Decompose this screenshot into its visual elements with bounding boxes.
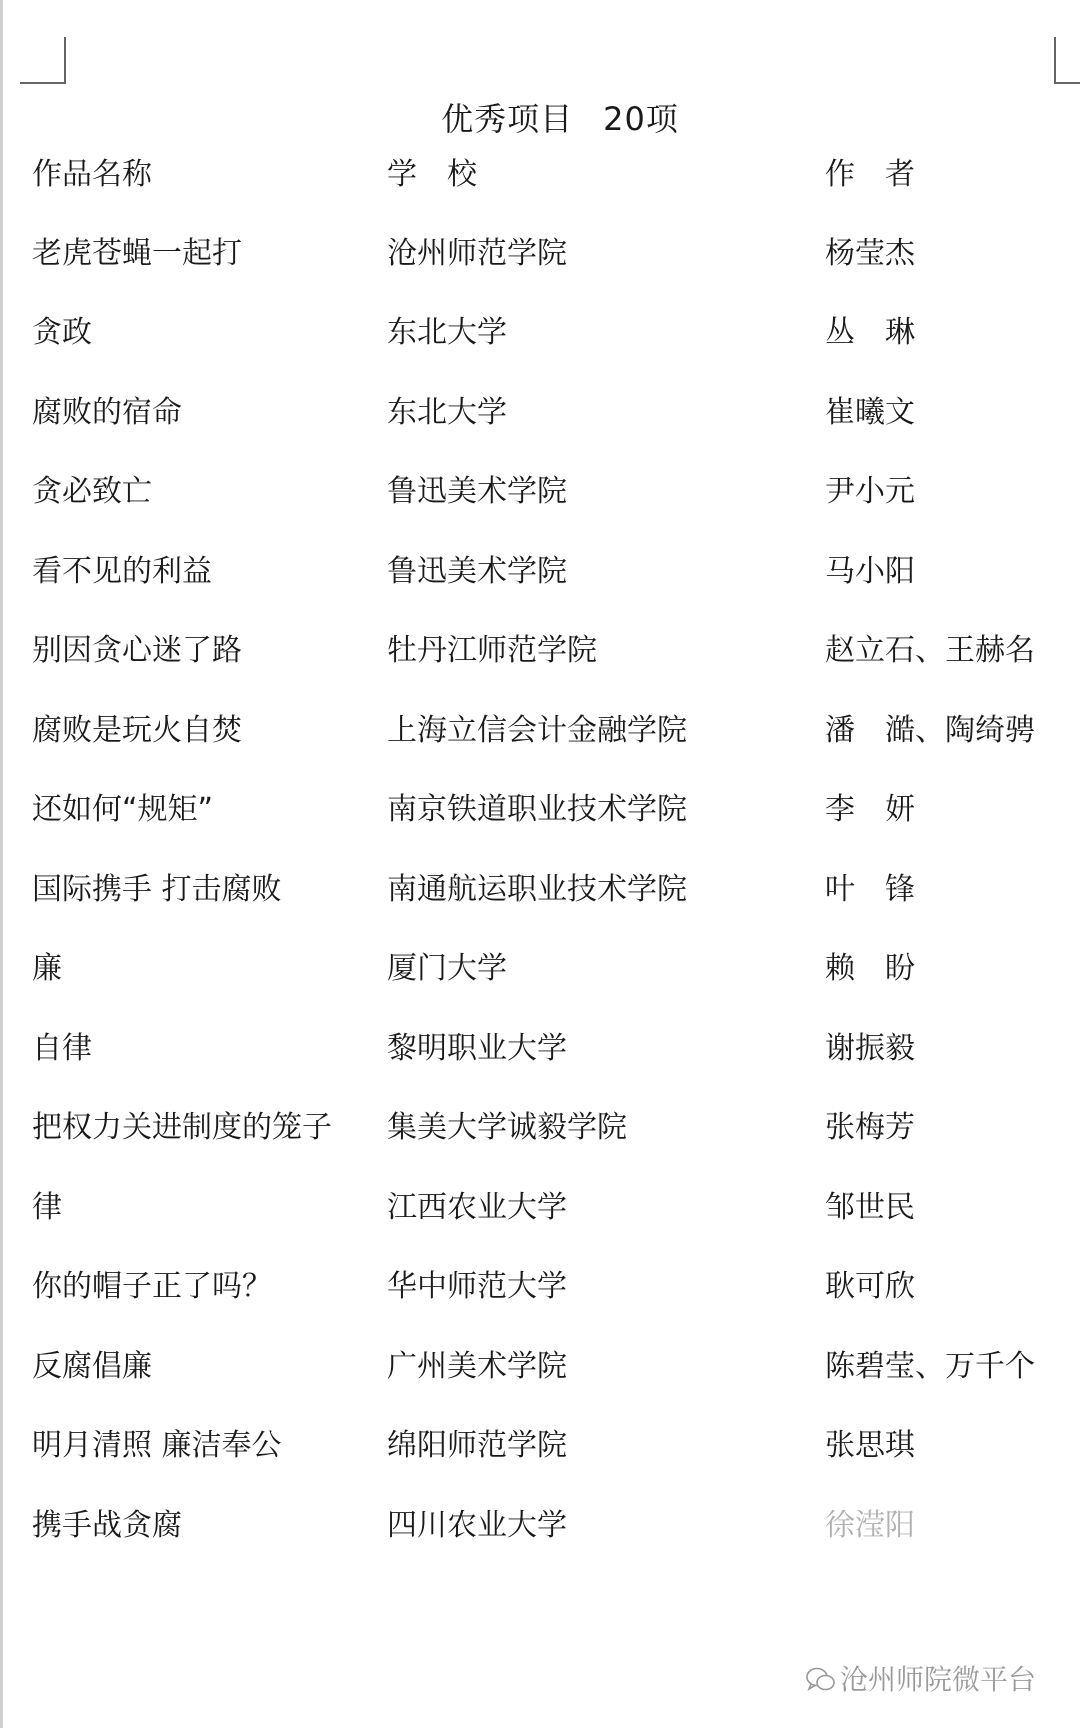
table-row: 腐败是玩火自焚 上海立信会计金融学院 潘 澔、陶绮骋 — [0, 711, 1080, 751]
header-author: 作 者 — [825, 155, 915, 195]
cell-school: 东北大学 — [387, 313, 507, 353]
cell-author: 丛 琳 — [825, 313, 915, 353]
cell-author: 尹小元 — [825, 472, 915, 512]
cell-school: 南京铁道职业技术学院 — [387, 790, 687, 830]
cell-school: 江西农业大学 — [387, 1188, 567, 1228]
cell-author: 耿可欣 — [825, 1267, 915, 1307]
cell-school: 南通航运职业技术学院 — [387, 870, 687, 910]
cell-author: 潘 澔、陶绮骋 — [825, 711, 1035, 751]
table-row: 老虎苍蝇一起打 沧州师范学院 杨莹杰 — [0, 234, 1080, 274]
crop-mark-top-right — [1054, 37, 1080, 84]
cell-work: 你的帽子正了吗？ — [32, 1267, 272, 1307]
cell-school: 鲁迅美术学院 — [387, 552, 567, 592]
cell-work: 自律 — [32, 1029, 92, 1069]
table-row: 别因贪心迷了路 牡丹江师范学院 赵立石、王赫名 — [0, 631, 1080, 671]
cell-work: 律 — [32, 1188, 62, 1228]
table-row: 贪必致亡 鲁迅美术学院 尹小元 — [0, 472, 1080, 512]
cell-author: 张梅芳 — [825, 1108, 915, 1148]
title-count: 20项 — [603, 100, 679, 138]
table-row: 把权力关进制度的笼子 集美大学诚毅学院 张梅芳 — [0, 1108, 1080, 1148]
table-row: 国际携手 打击腐败 南通航运职业技术学院 叶 锋 — [0, 870, 1080, 910]
cell-work: 贪必致亡 — [32, 472, 152, 512]
cell-author: 邹世民 — [825, 1188, 915, 1228]
cell-school: 华中师范大学 — [387, 1267, 567, 1307]
cell-school: 上海立信会计金融学院 — [387, 711, 687, 751]
cell-author: 赖 盼 — [825, 949, 915, 989]
table-row: 你的帽子正了吗？ 华中师范大学 耿可欣 — [0, 1267, 1080, 1307]
table-row: 反腐倡廉 广州美术学院 陈碧莹、万千个 — [0, 1347, 1080, 1387]
page-title: 优秀项目20项 — [0, 94, 1080, 140]
watermark: 沧州师院微平台 — [806, 1660, 1036, 1700]
cell-author: 杨莹杰 — [825, 234, 915, 274]
title-text: 优秀项目 — [441, 100, 573, 138]
cell-work: 老虎苍蝇一起打 — [32, 234, 242, 274]
cell-author: 张思琪 — [825, 1426, 915, 1466]
wechat-icon — [806, 1666, 836, 1694]
table-row: 律 江西农业大学 邹世民 — [0, 1188, 1080, 1228]
cell-author: 马小阳 — [825, 552, 915, 592]
cell-author: 谢振毅 — [825, 1029, 915, 1069]
cell-work: 贪政 — [32, 313, 92, 353]
crop-mark-top-left — [20, 37, 66, 84]
table-row: 明月清照 廉洁奉公 绵阳师范学院 张思琪 — [0, 1426, 1080, 1466]
cell-school: 黎明职业大学 — [387, 1029, 567, 1069]
table-row: 还如何“规矩” 南京铁道职业技术学院 李 妍 — [0, 790, 1080, 830]
table-row: 腐败的宿命 东北大学 崔曦文 — [0, 393, 1080, 433]
cell-work: 明月清照 廉洁奉公 — [32, 1426, 282, 1466]
table-row: 自律 黎明职业大学 谢振毅 — [0, 1029, 1080, 1069]
cell-school: 东北大学 — [387, 393, 507, 433]
cell-work: 国际携手 打击腐败 — [32, 870, 282, 910]
cell-school: 广州美术学院 — [387, 1347, 567, 1387]
watermark-text: 沧州师院微平台 — [840, 1660, 1036, 1700]
cell-work: 别因贪心迷了路 — [32, 631, 242, 671]
cell-work: 还如何“规矩” — [32, 790, 213, 830]
cell-author: 徐滢阳 — [825, 1506, 915, 1546]
table-row: 看不见的利益 鲁迅美术学院 马小阳 — [0, 552, 1080, 592]
header-work: 作品名称 — [32, 155, 152, 195]
cell-school: 绵阳师范学院 — [387, 1426, 567, 1466]
cell-school: 集美大学诚毅学院 — [387, 1108, 627, 1148]
cell-author: 赵立石、王赫名 — [825, 631, 1035, 671]
cell-author: 崔曦文 — [825, 393, 915, 433]
cell-work: 腐败是玩火自焚 — [32, 711, 242, 751]
cell-school: 牡丹江师范学院 — [387, 631, 597, 671]
cell-school: 四川农业大学 — [387, 1506, 567, 1546]
table-row: 携手战贪腐 四川农业大学 徐滢阳 — [0, 1506, 1080, 1546]
cell-work: 携手战贪腐 — [32, 1506, 182, 1546]
cell-work: 反腐倡廉 — [32, 1347, 152, 1387]
cell-school: 厦门大学 — [387, 949, 507, 989]
cell-author: 陈碧莹、万千个 — [825, 1347, 1035, 1387]
cell-author: 李 妍 — [825, 790, 915, 830]
cell-school: 沧州师范学院 — [387, 234, 567, 274]
table-row: 贪政 东北大学 丛 琳 — [0, 313, 1080, 353]
cell-author: 叶 锋 — [825, 870, 915, 910]
cell-work: 廉 — [32, 949, 62, 989]
table-row: 廉 厦门大学 赖 盼 — [0, 949, 1080, 989]
header-school: 学 校 — [387, 155, 477, 195]
cell-work: 腐败的宿命 — [32, 393, 182, 433]
cell-school: 鲁迅美术学院 — [387, 472, 567, 512]
table-header: 作品名称 学 校 作 者 — [0, 155, 1080, 195]
cell-work: 把权力关进制度的笼子 — [32, 1108, 332, 1148]
cell-work: 看不见的利益 — [32, 552, 212, 592]
